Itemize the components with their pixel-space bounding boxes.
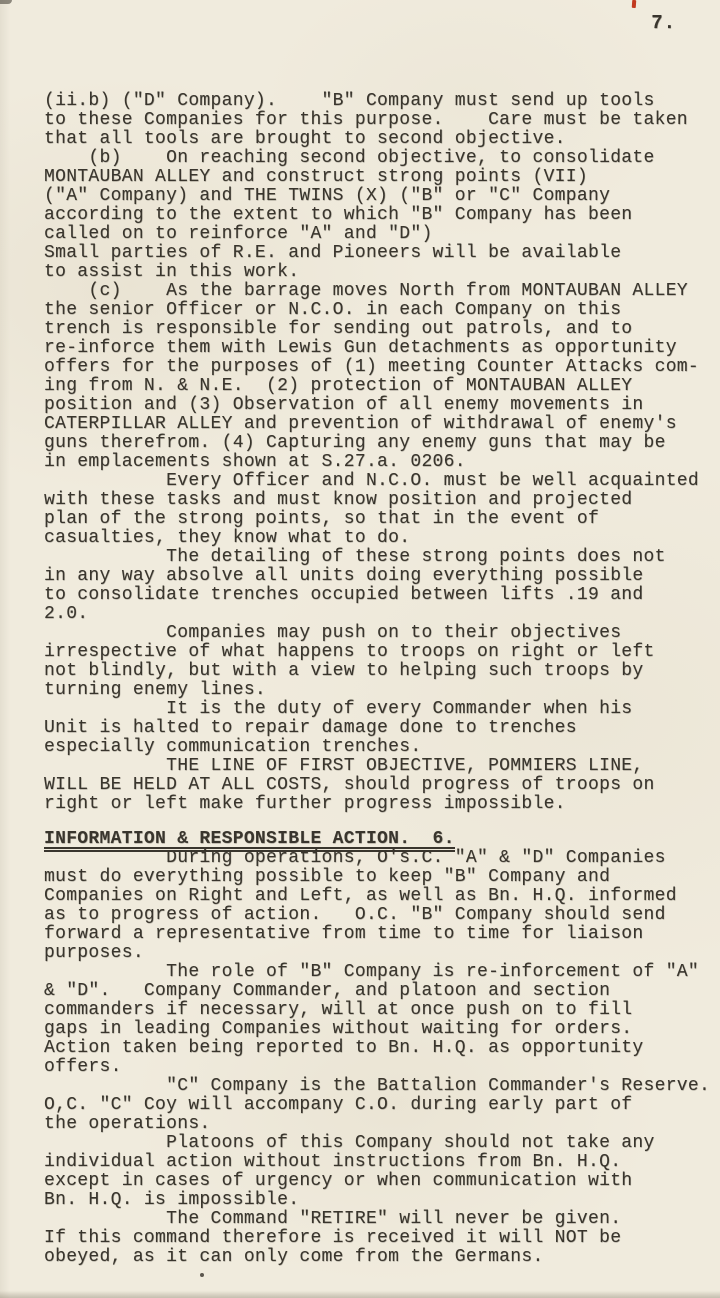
text-line: Companies may push on to their objective… (44, 624, 720, 643)
text-line: It is the duty of every Commander when h… (44, 700, 720, 719)
text-line: 2.0. (44, 605, 720, 624)
red-pen-mark (632, 0, 637, 8)
text-line: The Command "RETIRE" will never be given… (44, 1210, 720, 1229)
text-line: turning enemy lines. (44, 681, 720, 700)
text-line: in any way absolve all units doing every… (44, 567, 720, 586)
text-line: Bn. H.Q. is impossible. (44, 1191, 720, 1210)
text-line: obeyed, as it can only come from the Ger… (44, 1248, 720, 1267)
text-line: especially communication trenches. (44, 738, 720, 757)
text-line: purposes. (44, 944, 720, 963)
text-line: MONTAUBAN ALLEY and construct strong poi… (44, 168, 720, 187)
text-line: the operations. (44, 1115, 720, 1134)
text-line: The role of "B" Company is re-inforcemen… (44, 963, 720, 982)
text-line: right or left make further progress impo… (44, 795, 720, 814)
text-line: plan of the strong points, so that in th… (44, 510, 720, 529)
page-number: 7. (651, 12, 676, 34)
text-line: not blindly, but with a view to helping … (44, 662, 720, 681)
document-page: 7. (ii.b) ("D" Company). "B" Company mus… (0, 0, 720, 1298)
document-body: (ii.b) ("D" Company). "B" Company must s… (44, 92, 720, 1267)
text-line: called on to reinforce "A" and "D") (44, 225, 720, 244)
stray-ink-dot (200, 1273, 204, 1277)
text-line: re-inforce them with Lewis Gun detachmen… (44, 339, 720, 358)
text-line: the senior Officer or N.C.O. in each Com… (44, 301, 720, 320)
text-line: in emplacements shown at S.27.a. 0206. (44, 453, 720, 472)
text-line: CATERPILLAR ALLEY and prevention of with… (44, 415, 720, 434)
text-line: O,C. "C" Coy will accompany C.O. during … (44, 1096, 720, 1115)
text-line: ing from N. & N.E. (2) protection of MON… (44, 377, 720, 396)
text-line: that all tools are brought to second obj… (44, 130, 720, 149)
text-line: & "D". Company Commander, and platoon an… (44, 982, 720, 1001)
text-line: gaps in leading Companies without waitin… (44, 1020, 720, 1039)
text-line: forward a representative from time to ti… (44, 925, 720, 944)
text-line: commanders if necessary, will at once pu… (44, 1001, 720, 1020)
text-line: casualties, they know what to do. (44, 529, 720, 548)
text-line: as to progress of action. O.C. "B" Compa… (44, 906, 720, 925)
text-line: to consolidate trenches occupied between… (44, 586, 720, 605)
text-line: Unit is halted to repair damage done to … (44, 719, 720, 738)
text-line: offers for the purposes of (1) meeting C… (44, 358, 720, 377)
text-line: If this command therefore is received it… (44, 1229, 720, 1248)
section-heading: INFORMATION & RESPONSIBLE ACTION. 6. (44, 830, 720, 849)
text-line: with these tasks and must know position … (44, 491, 720, 510)
text-line: (c) As the barrage moves North from MONT… (44, 282, 720, 301)
text-line: to these Companies for this purpose. Car… (44, 111, 720, 130)
text-line: During operations, O's.C. "A" & "D" Comp… (44, 849, 720, 868)
text-line: except in cases of urgency or when commu… (44, 1172, 720, 1191)
text-line: offers. (44, 1058, 720, 1077)
text-line: (ii.b) ("D" Company). "B" Company must s… (44, 92, 720, 111)
text-line: guns therefrom. (4) Capturing any enemy … (44, 434, 720, 453)
text-line: (b) On reaching second objective, to con… (44, 149, 720, 168)
text-line: according to the extent to which "B" Com… (44, 206, 720, 225)
text-line: irrespective of what happens to troops o… (44, 643, 720, 662)
text-line: must do everything possible to keep "B" … (44, 868, 720, 887)
text-line: individual action without instructions f… (44, 1153, 720, 1172)
text-line: THE LINE OF FIRST OBJECTIVE, POMMIERS LI… (44, 757, 720, 776)
text-line: "C" Company is the Battalion Commander's… (44, 1077, 720, 1096)
text-line: to assist in this work. (44, 263, 720, 282)
scan-corner-smudge (0, 0, 12, 4)
text-line: The detailing of these strong points doe… (44, 548, 720, 567)
text-line: Companies on Right and Left, as well as … (44, 887, 720, 906)
text-line: ("A" Company) and THE TWINS (X) ("B" or … (44, 187, 720, 206)
text-line: Every Officer and N.C.O. must be well ac… (44, 472, 720, 491)
text-line: Platoons of this Company should not take… (44, 1134, 720, 1153)
text-line: position and (3) Observation of all enem… (44, 396, 720, 415)
text-line: Action taken being reported to Bn. H.Q. … (44, 1039, 720, 1058)
text-line: Small parties of R.E. and Pioneers will … (44, 244, 720, 263)
text-line: WILL BE HELD AT ALL COSTS, should progre… (44, 776, 720, 795)
page-bottom-edge (0, 1291, 720, 1298)
text-line: trench is responsible for sending out pa… (44, 320, 720, 339)
